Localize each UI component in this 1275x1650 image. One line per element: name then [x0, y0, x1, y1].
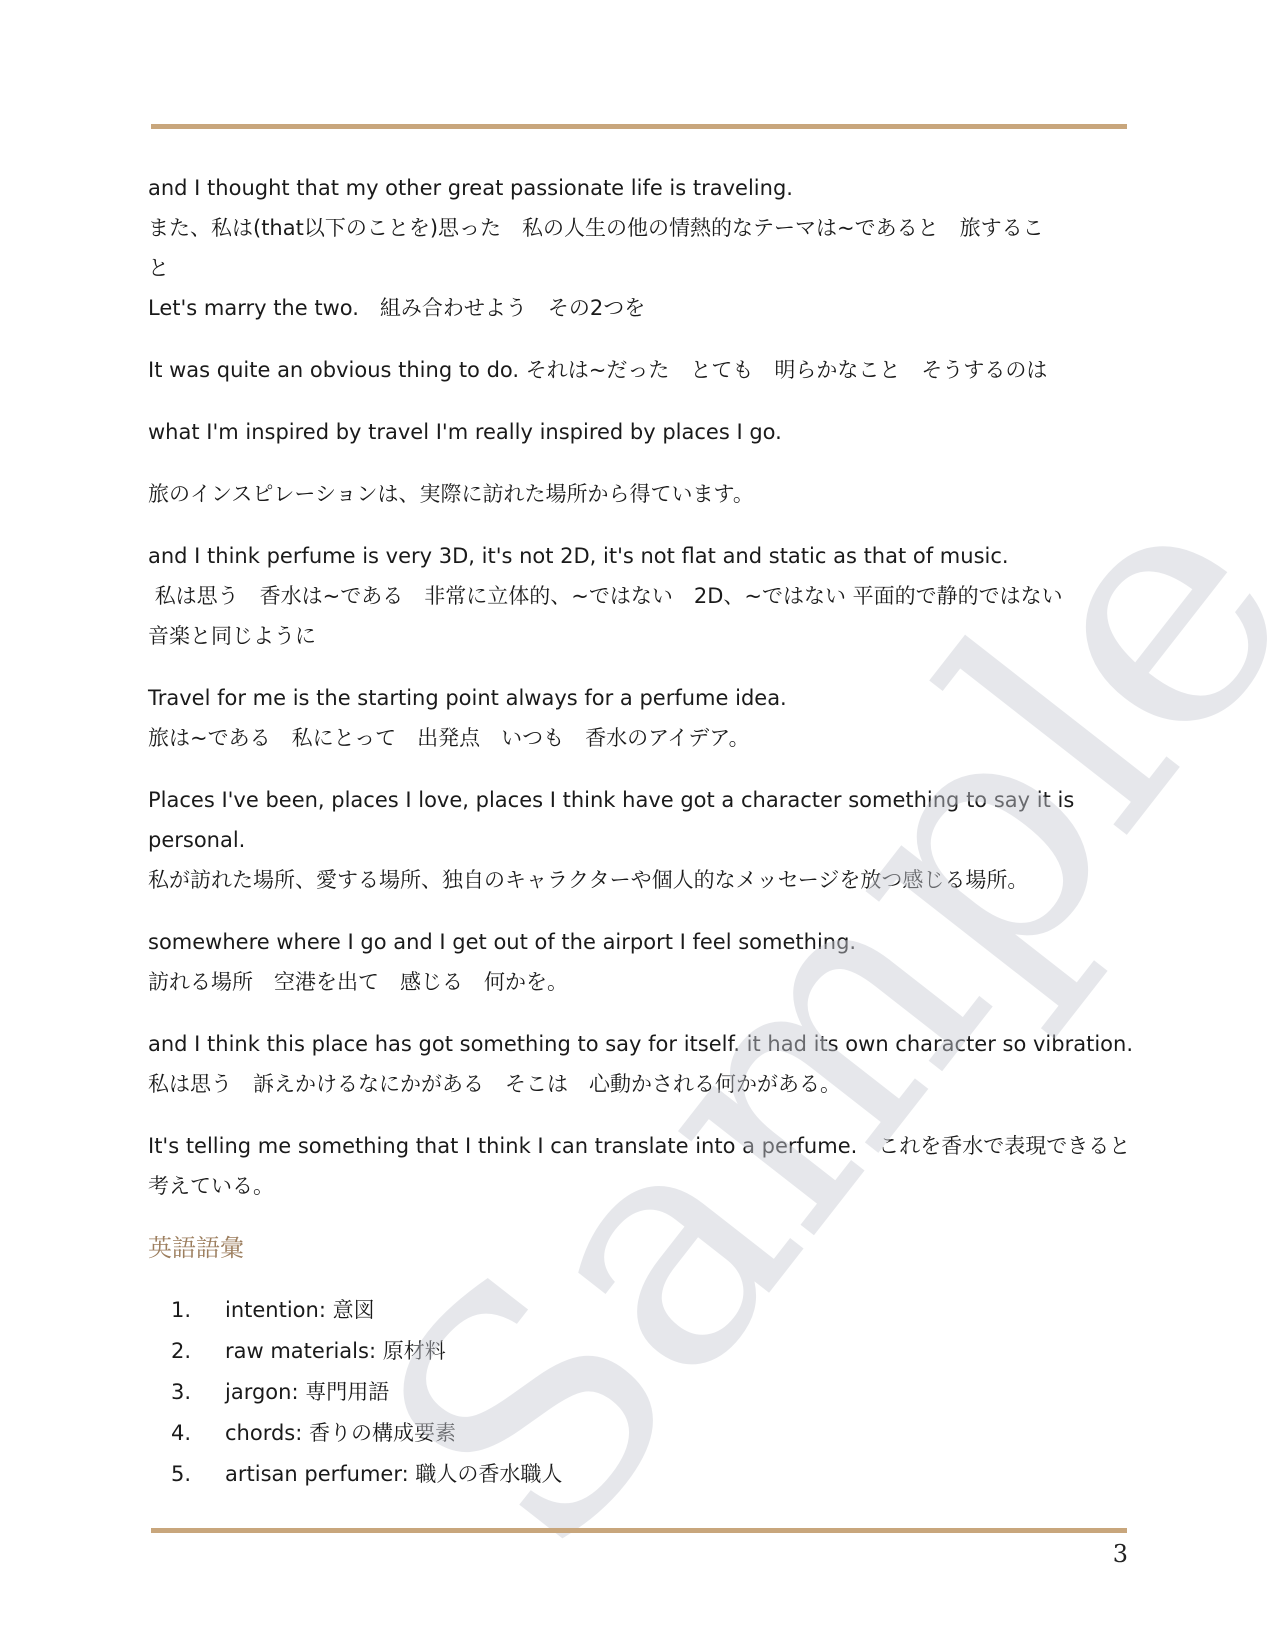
text-line: 音楽と同じように: [148, 616, 1133, 656]
text-line: 訪れる場所 空港を出て 感じる 何かを。: [148, 962, 1133, 1002]
text-line: Places I've been, places I love, places …: [148, 780, 1133, 860]
list-item: 5. artisan perfumer: 職人の香水職人: [148, 1454, 1133, 1495]
vocabulary-list: 1. intention: 意図 2. raw materials: 原材料 3…: [148, 1290, 1133, 1495]
vocab-term: raw materials: 原材料: [225, 1331, 446, 1372]
vocab-term: jargon: 専門用語: [225, 1372, 389, 1413]
paragraph: what I'm inspired by travel I'm really i…: [148, 412, 1133, 452]
paragraph: Places I've been, places I love, places …: [148, 780, 1133, 900]
text-line: what I'm inspired by travel I'm really i…: [148, 412, 1133, 452]
text-line: 考えている。: [148, 1166, 1133, 1206]
text-line: 私が訪れた場所、愛する場所、独自のキャラクターや個人的なメッセージを放つ感じる場…: [148, 860, 1133, 900]
list-number: 4.: [148, 1413, 219, 1454]
list-number: 3.: [148, 1372, 219, 1413]
paragraph: 旅のインスピレーションは、実際に訪れた場所から得ています。: [148, 474, 1133, 514]
paragraph: and I think this place has got something…: [148, 1024, 1133, 1104]
paragraph: somewhere where I go and I get out of th…: [148, 922, 1133, 1002]
page-number: 3: [1108, 1540, 1128, 1568]
vocabulary-heading: 英語語彙: [148, 1228, 1133, 1268]
list-number: 1.: [148, 1290, 219, 1331]
text-line: 旅のインスピレーションは、実際に訪れた場所から得ています。: [148, 474, 1133, 514]
text-line: and I think this place has got something…: [148, 1024, 1133, 1064]
text-line: 私は思う 香水は~である 非常に立体的、~ではない 2D、~ではない 平面的で静…: [148, 576, 1133, 616]
text-line: It's telling me something that I think I…: [148, 1126, 1133, 1166]
text-line: and I thought that my other great passio…: [148, 168, 1133, 208]
header-rule: [151, 124, 1127, 129]
paragraph: It was quite an obvious thing to do. それは…: [148, 350, 1133, 390]
text-line: Travel for me is the starting point alwa…: [148, 678, 1133, 718]
paragraph: and I thought that my other great passio…: [148, 168, 1133, 328]
text-line: また、私は(that以下のことを)思った 私の人生の他の情熱的なテーマは~である…: [148, 208, 1133, 248]
text-line: It was quite an obvious thing to do. それは…: [148, 350, 1133, 390]
list-item: 4. chords: 香りの構成要素: [148, 1413, 1133, 1454]
vocab-term: intention: 意図: [225, 1290, 375, 1331]
list-item: 2. raw materials: 原材料: [148, 1331, 1133, 1372]
list-item: 3. jargon: 専門用語: [148, 1372, 1133, 1413]
text-line: somewhere where I go and I get out of th…: [148, 922, 1133, 962]
text-line: Let's marry the two. 組み合わせよう その2つを: [148, 288, 1133, 328]
vocab-term: artisan perfumer: 職人の香水職人: [225, 1454, 562, 1495]
list-number: 5.: [148, 1454, 219, 1495]
list-item: 1. intention: 意図: [148, 1290, 1133, 1331]
text-line: 旅は~である 私にとって 出発点 いつも 香水のアイデア。: [148, 718, 1133, 758]
list-number: 2.: [148, 1331, 219, 1372]
paragraph: Travel for me is the starting point alwa…: [148, 678, 1133, 758]
paragraph: and I think perfume is very 3D, it's not…: [148, 536, 1133, 656]
paragraph: It's telling me something that I think I…: [148, 1126, 1133, 1206]
text-line: と: [148, 248, 1133, 288]
footer-rule: [151, 1528, 1127, 1533]
vocab-term: chords: 香りの構成要素: [225, 1413, 456, 1454]
page-body: and I thought that my other great passio…: [148, 168, 1133, 1495]
text-line: 私は思う 訴えかけるなにかがある そこは 心動かされる何かがある。: [148, 1064, 1133, 1104]
text-line: and I think perfume is very 3D, it's not…: [148, 536, 1133, 576]
